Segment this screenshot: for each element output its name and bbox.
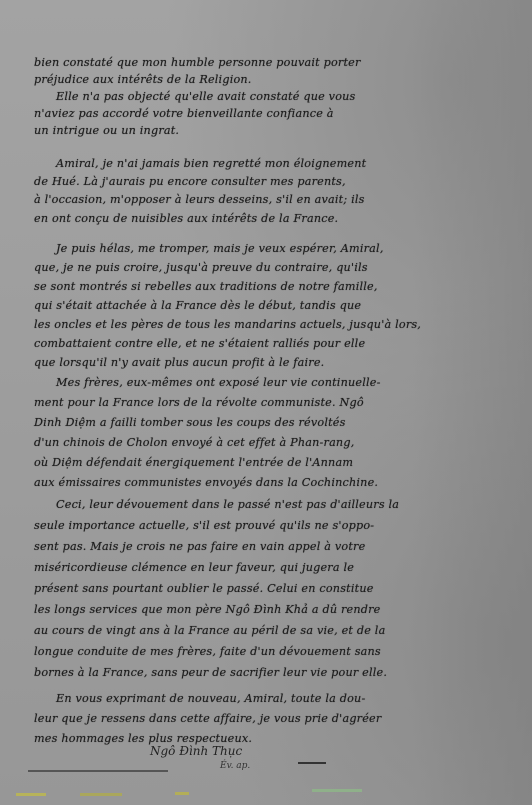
letter-line: bornes à la France, sans peur de sacrifi…	[34, 666, 387, 679]
letter-line: au cours de vingt ans à la France au pér…	[34, 624, 385, 637]
letter-line: les longs services que mon père Ngô Đình…	[34, 603, 380, 616]
scan-artifact	[16, 793, 46, 796]
letter-line: miséricordieuse clémence en leur faveur,…	[34, 561, 354, 574]
letter-line: présent sans pourtant oublier le passé. …	[34, 582, 374, 595]
letter-line: combattaient contre elle, et ne s'étaien…	[34, 337, 365, 350]
bottom-rule	[28, 770, 168, 772]
letter-line: leur que je ressens dans cette affaire, …	[34, 712, 381, 725]
letter-line: que lorsqu'il n'y avait plus aucun profi…	[34, 356, 324, 369]
letter-line: ment pour la France lors de la révolte c…	[34, 396, 364, 409]
letter-line: En vous exprimant de nouveau, Amiral, to…	[56, 692, 365, 705]
letter-line: qui s'était attachée à la France dès le …	[34, 299, 361, 312]
letter-line: Elle n'a pas objecté qu'elle avait const…	[56, 90, 355, 103]
letter-line: un intrigue ou un ingrat.	[34, 124, 179, 137]
letter-line: Je puis hélas, me tromper, mais je veux …	[56, 242, 384, 255]
letter-line: où Diệm défendait énergiquement l'entrée…	[34, 456, 353, 469]
letter-line: en ont conçu de nuisibles aux intérêts d…	[34, 212, 338, 225]
scan-artifact	[80, 793, 122, 796]
letter-line: n'aviez pas accordé votre bienveillante …	[34, 107, 334, 120]
letter-line: sent pas. Mais je crois ne pas faire en …	[34, 540, 365, 553]
letter-line: préjudice aux intérêts de la Religion.	[34, 73, 252, 86]
letter-line: longue conduite de mes frères, faite d'u…	[34, 645, 381, 658]
letter-line: les oncles et les pères de tous les mand…	[34, 318, 421, 331]
letter-line: d'un chinois de Cholon envoyé à cet effe…	[34, 436, 354, 449]
signature-title: Év. ap.	[220, 761, 250, 771]
scan-shadow	[412, 0, 532, 805]
signature-flourish	[298, 762, 326, 764]
scanned-letter-page: bien constaté que mon humble personne po…	[0, 0, 532, 805]
letter-line: Mes frères, eux-mêmes ont exposé leur vi…	[56, 376, 381, 389]
letter-line: se sont montrés si rebelles aux traditio…	[34, 280, 378, 293]
letter-line: Amiral, je n'ai jamais bien regretté mon…	[56, 157, 366, 170]
letter-line: aux émissaires communistes envoyés dans …	[34, 476, 378, 489]
signature: Ngô Đình Thục	[150, 744, 242, 758]
letter-line: à l'occasion, m'opposer à leurs desseins…	[34, 193, 365, 206]
letter-line: Ceci, leur dévouement dans le passé n'es…	[56, 498, 399, 511]
scan-artifact	[175, 792, 189, 795]
letter-line: bien constaté que mon humble personne po…	[34, 56, 361, 69]
letter-line: seule importance actuelle, s'il est prou…	[34, 519, 374, 532]
letter-line: de Hué. Là j'aurais pu encore consulter …	[34, 175, 346, 188]
letter-line: que, je ne puis croire, jusqu'à preuve d…	[34, 261, 368, 274]
letter-line: Dinh Diệm a failli tomber sous les coups…	[34, 416, 346, 429]
scan-artifact	[312, 789, 362, 792]
